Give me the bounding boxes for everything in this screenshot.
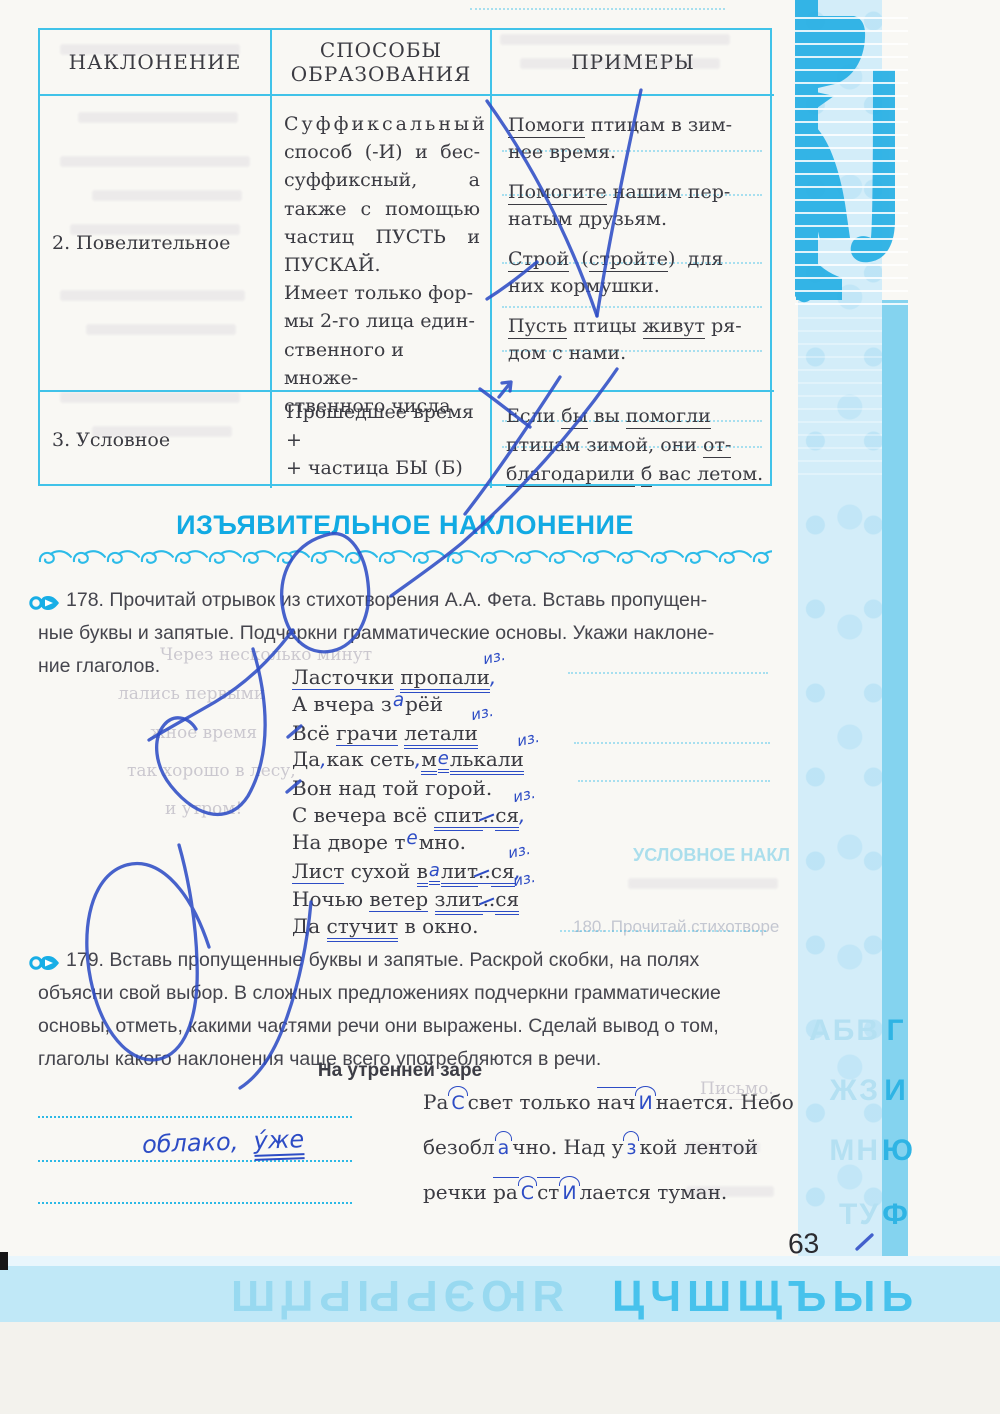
- text-segment: Лист: [292, 859, 344, 884]
- wave-ornament: [38, 550, 772, 566]
- handwriting: з: [626, 1137, 636, 1159]
- handwriting: ,: [490, 665, 496, 689]
- text-line: основы, отметь, какими частями речи они …: [38, 1010, 762, 1043]
- cell-imperative-mood: 2. Повелительное: [40, 96, 272, 392]
- text-line: речки раСстИлается туман.: [423, 1178, 794, 1207]
- text-segment: лается туман.: [580, 1180, 728, 1204]
- text-line: 179. Вставь пропущенные буквы и запятые.…: [66, 944, 762, 977]
- answer-line: [38, 1202, 352, 1204]
- text-segment: вы: [588, 405, 626, 427]
- handwriting: С: [451, 1092, 464, 1114]
- text-line: С вечера всё спит..сяиз.,: [292, 802, 525, 829]
- text-segment: ст: [537, 1180, 559, 1204]
- handwriting: ,: [519, 803, 525, 827]
- text-segment: них кормушки.: [508, 275, 660, 297]
- text-segment: птицам зимой, они: [506, 434, 703, 456]
- text-segment: речки: [423, 1180, 493, 1204]
- cell-conditional-example: Если бы вы помоглиптицам зимой, они от-б…: [492, 392, 774, 488]
- text-line: частиц ПУСТЬ и: [284, 223, 480, 251]
- text-line: Имеет только фор-: [284, 279, 480, 307]
- workbook-page: ЯЮЭЬЫЬЦШ ЦЧШЩЪЫЬ АБВГЖЗИМНЮТУФ Через нес…: [0, 0, 1000, 1414]
- text-segment: безобл: [423, 1135, 495, 1159]
- poem: Ласточки пропалииз.,А вчера зарёйВсё гра…: [292, 664, 525, 940]
- text-segment: [428, 887, 434, 911]
- text-segment: нашим пер-: [607, 181, 731, 203]
- text-segment: лит: [441, 859, 478, 884]
- mood-table: НАКЛОНЕНИЕ СПОСОБЫ ОБРАЗОВАНИЯ ПРИМЕРЫ 2…: [38, 28, 772, 486]
- text-line: Ласточки пропалииз.,: [292, 664, 525, 691]
- text-segment: птицам в зим-: [585, 114, 732, 136]
- text-line: ПУСКАЙ.: [284, 251, 480, 279]
- text-segment: как сеть: [327, 747, 415, 771]
- text-segment: лькалииз.: [450, 747, 524, 772]
- text-segment: ..: [483, 887, 496, 912]
- example-sentence: Помоги птицам в зим-нее время.: [508, 112, 766, 166]
- text-segment: стройте: [589, 248, 668, 272]
- text-segment: сяиз.: [495, 887, 519, 912]
- mood-annotation: из.: [516, 728, 542, 750]
- text-segment: ветер: [369, 887, 428, 912]
- text-segment: в окно.: [398, 914, 478, 938]
- text-segment: ра: [493, 1180, 518, 1204]
- text-line: ственного и множе-: [284, 336, 480, 392]
- text-segment: грачи: [336, 721, 398, 746]
- mood-annotation: из.: [511, 868, 537, 890]
- text-segment: Да: [292, 747, 320, 771]
- text-segment: м: [421, 747, 437, 772]
- text-line: Вон над той горой.: [292, 775, 525, 802]
- text-line: безоблачно. Над узкой лентой: [423, 1133, 794, 1162]
- text-segment: Строй: [508, 248, 569, 272]
- text-line: Суффиксальный: [284, 110, 480, 138]
- text-segment: Пусть: [508, 315, 567, 339]
- page-number: 63: [787, 1227, 819, 1260]
- text-segment: сяиз.: [495, 803, 519, 828]
- text-line: Всё грачи леталииз.: [292, 720, 525, 747]
- text-segment: Да: [292, 914, 327, 938]
- handwriting: И: [562, 1182, 576, 1204]
- text-segment: Ра: [423, 1090, 448, 1114]
- table-header-methods: СПОСОБЫ ОБРАЗОВАНИЯ: [272, 30, 492, 96]
- text-line: ные буквы и запятые. Подчеркни грамматич…: [38, 617, 760, 650]
- handwriting: е: [438, 748, 449, 770]
- text-segment: леталииз.: [404, 721, 478, 746]
- text-line: Ночью ветер злит..сяиз.: [292, 886, 525, 913]
- text-segment: вас летом.: [652, 463, 763, 485]
- text-segment: ..: [478, 859, 491, 884]
- answer-line: [38, 1116, 352, 1118]
- text-segment: пропалииз.: [400, 665, 489, 690]
- text-segment: благодарили: [506, 463, 635, 487]
- text-line: также с помощью: [284, 195, 480, 223]
- text-segment: сухой: [344, 859, 416, 883]
- text-segment: нач: [597, 1090, 635, 1114]
- text-segment: нее время.: [508, 141, 616, 163]
- text-segment: ..: [483, 803, 496, 828]
- page-content: НАКЛОНЕНИЕ СПОСОБЫ ОБРАЗОВАНИЯ ПРИМЕРЫ 2…: [0, 0, 1000, 1414]
- text-segment: спит: [434, 803, 483, 828]
- text-segment: натым друзьям.: [508, 208, 667, 230]
- text-segment: Если: [506, 405, 561, 427]
- cell-imperative-examples: Помоги птицам в зим-нее время.Помогите н…: [492, 96, 774, 392]
- text-segment: Помогите: [508, 181, 607, 205]
- text-segment: ря-: [705, 315, 742, 337]
- text-segment: свет только: [468, 1090, 597, 1114]
- text-segment: птицы: [567, 315, 642, 337]
- mood-annotation: из.: [506, 839, 532, 861]
- text-segment: Всё: [292, 721, 336, 745]
- text-segment: чно. Над у: [512, 1135, 623, 1159]
- section-title: ИЗЪЯВИТЕЛЬНОЕ НАКЛОНЕНИЕ: [38, 510, 772, 541]
- exercise-179-text: 179. Вставь пропущенные буквы и запятые.…: [38, 944, 762, 1076]
- text-segment: в: [417, 859, 428, 884]
- text-line: Прошедшее время +: [286, 398, 490, 454]
- text-segment: Вон над той горой.: [292, 776, 492, 800]
- text-line: мы 2-го лица един-: [284, 307, 480, 335]
- text-line: объясни свой выбор. В сложных предложени…: [38, 977, 762, 1010]
- text-segment: сяиз.: [491, 859, 515, 884]
- text-segment: стучит: [327, 914, 399, 939]
- handwriting: а: [498, 1137, 510, 1159]
- text-segment: [635, 463, 641, 485]
- passage-title: На утренней заре: [285, 1060, 515, 1082]
- text-segment: На дворе т: [292, 830, 405, 854]
- table-header-mood: НАКЛОНЕНИЕ: [40, 30, 272, 96]
- handwriting: облако,: [142, 1127, 239, 1158]
- handwriting: е: [406, 828, 417, 849]
- text-segment: кой лентой: [639, 1135, 758, 1159]
- text-segment: б: [641, 463, 652, 487]
- mood-annotation: из.: [470, 701, 496, 723]
- text-segment: Помоги: [508, 114, 585, 138]
- mood-annotation: из.: [482, 646, 508, 668]
- cell-imperative-method: Суффиксальныйспособ (-И) и бес-суффиксны…: [272, 96, 492, 392]
- text-segment: бы: [561, 405, 588, 429]
- text-segment: живут: [643, 315, 706, 339]
- cell-conditional-mood: 3. Условное: [40, 392, 272, 488]
- text-segment: злит: [435, 887, 483, 912]
- text-segment: рёй: [405, 692, 443, 716]
- text-segment: А вчера з: [292, 692, 392, 716]
- text-line: способ (-И) и бес-: [284, 138, 480, 166]
- text-segment: Ночью: [292, 887, 369, 911]
- handwriting: а: [429, 860, 440, 882]
- text-line: суффиксный, а: [284, 166, 480, 194]
- text-line: Да,как сеть,мелькалииз.: [292, 746, 525, 775]
- text-segment: (: [569, 248, 589, 270]
- text-segment: нается. Небо: [656, 1090, 794, 1114]
- handwritten-answer: облако, у́же: [142, 1125, 305, 1159]
- text-line: 178. Прочитай отрывок из стихотворения А…: [66, 584, 760, 617]
- text-segment: Ласточки: [292, 665, 394, 690]
- text-segment: дом с нами.: [508, 342, 626, 364]
- text-segment: С вечера всё: [292, 803, 434, 827]
- text-line: На дворе темно.: [292, 829, 525, 858]
- text-line: + частица БЫ (Б): [286, 454, 490, 482]
- mood-annotation: из.: [511, 784, 537, 806]
- text-segment: мно.: [419, 830, 466, 854]
- handwriting: С: [521, 1182, 534, 1204]
- text-line: Да стучит в окно.: [292, 913, 525, 940]
- example-sentence: Помогите нашим пер-натым друзьям.: [508, 179, 766, 233]
- example-sentence: Пусть птицы живут ря-дом с нами.: [508, 313, 766, 367]
- handwriting: И: [638, 1092, 652, 1114]
- handwriting: а: [393, 690, 404, 711]
- text-segment: [238, 1127, 254, 1156]
- table-header-examples: ПРИМЕРЫ: [492, 30, 774, 96]
- text-line: РаСсвет только начИнается. Небо: [423, 1088, 794, 1117]
- text-segment: от-: [703, 434, 731, 458]
- cell-conditional-method: Прошедшее время ++ частица БЫ (Б): [272, 392, 492, 488]
- example-sentence: Строй (стройте) дляних кормушки.: [508, 246, 766, 300]
- text-line: Лист сухой валит..сяиз.,: [292, 858, 525, 887]
- passage-text: РаСсвет только начИнается. Небобезоблачн…: [423, 1088, 794, 1223]
- answer-line: [38, 1160, 352, 1162]
- text-segment: ) для: [668, 248, 723, 270]
- handwriting: у́же: [253, 1125, 305, 1161]
- text-segment: помогли: [626, 405, 711, 429]
